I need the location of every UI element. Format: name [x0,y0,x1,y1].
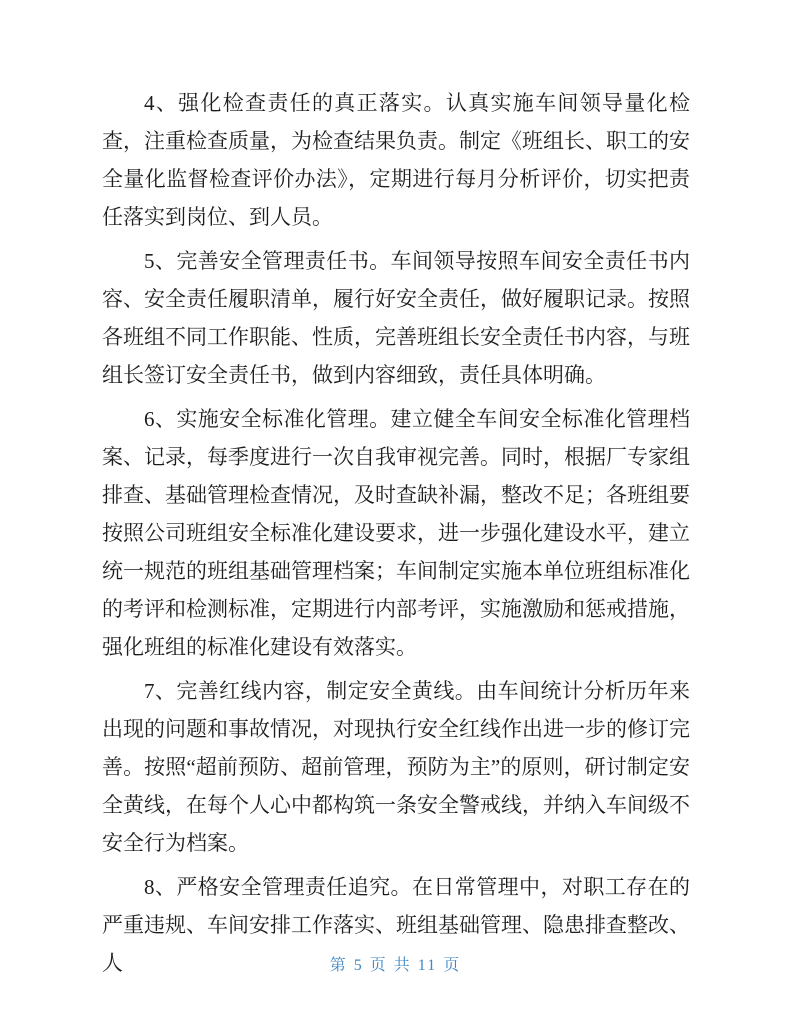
page-number-label: 第 5 页 共 11 页 [330,957,461,974]
paragraph-4: 4、强化检查责任的真正落实。认真实施车间领导量化检查，注重检查质量，为检查结果负… [102,84,690,236]
page-footer: 第 5 页 共 11 页 [0,952,791,975]
paragraph-7: 7、完善红线内容，制定安全黄线。由车间统计分析历年来出现的问题和事故情况，对现执… [102,672,690,862]
document-content: 4、强化检查责任的真正落实。认真实施车间领导量化检查，注重检查质量，为检查结果负… [102,84,690,988]
document-page: 4、强化检查责任的真正落实。认真实施车间领导量化检查，注重检查质量，为检查结果负… [0,0,791,1024]
paragraph-5: 5、完善安全管理责任书。车间领导按照车间安全责任书内容、安全责任履职清单，履行好… [102,242,690,394]
paragraph-6: 6、实施安全标准化管理。建立健全车间安全标准化管理档案、记录，每季度进行一次自我… [102,400,690,666]
